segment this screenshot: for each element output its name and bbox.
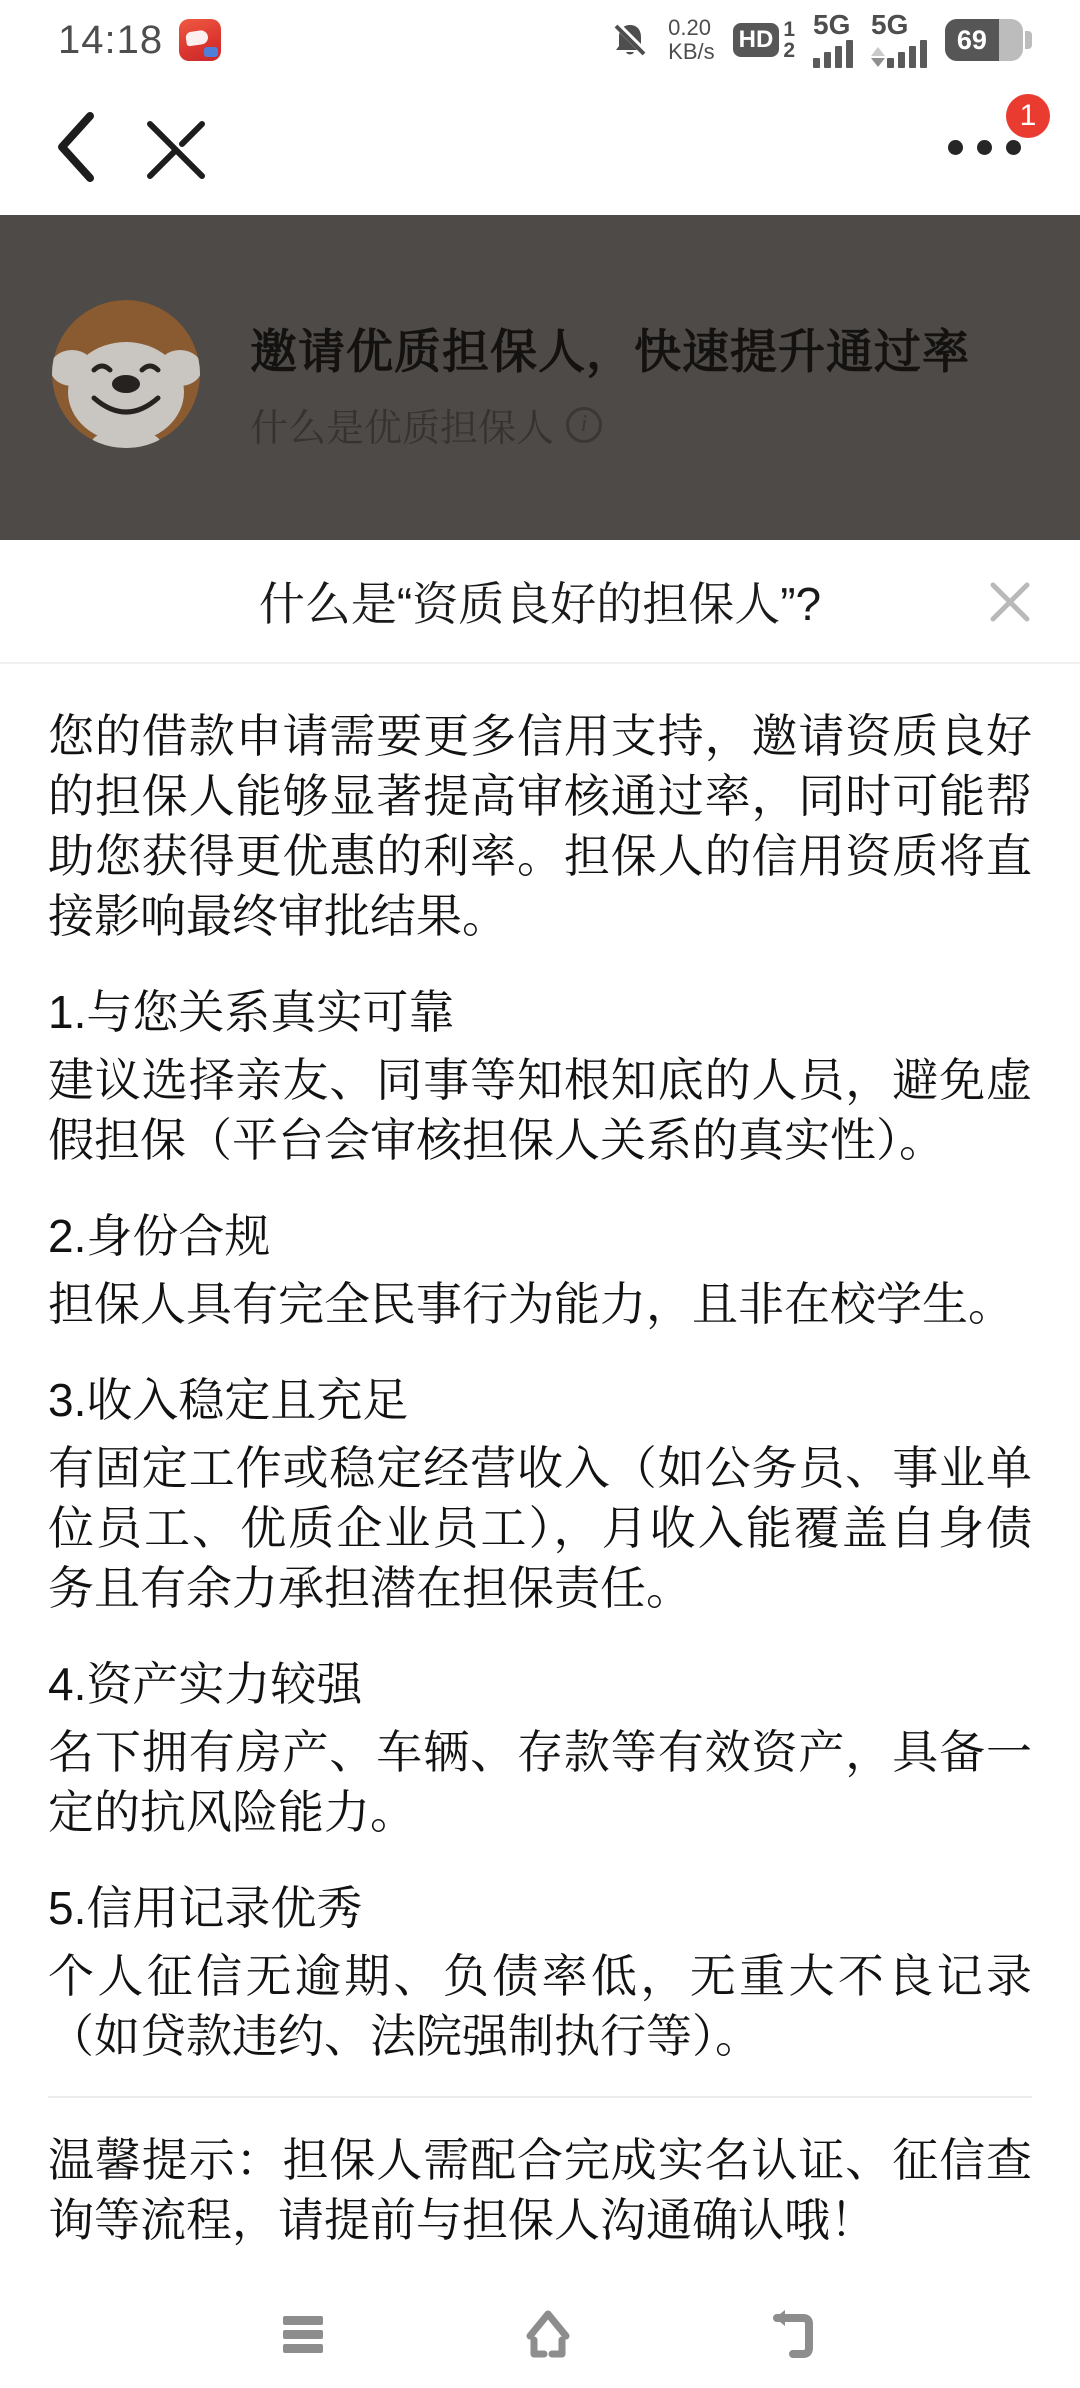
sim2-label: 2 [783, 40, 795, 61]
intro-paragraph: 您的借款申请需要更多信用支持，邀请资质良好的担保人能够显著提高审核通过率，同时可… [48, 706, 1032, 946]
sim1-label: 1 [783, 19, 795, 40]
battery-icon: 69 [945, 19, 1032, 61]
section-4: 4.资产实力较强 名下拥有房产、车辆、存款等有效资产，具备一定的抗风险能力。 [48, 1654, 1032, 1842]
notification-badge: 1 [1006, 94, 1050, 138]
tip-paragraph: 温馨提示：担保人需配合完成实名认证、征信查询等流程，请提前与担保人沟通确认哦！ [48, 2130, 1032, 2250]
android-nav-bar [0, 2280, 1080, 2388]
section-2: 2.身份合规 担保人具有完全民事行为能力，且非在校学生。 [48, 1206, 1032, 1334]
section-body: 建议选择亲友、同事等知根知底的人员，避免虚假担保（平台会审核担保人关系的真实性）… [48, 1050, 1032, 1170]
hd-volte-icon: HD 1 2 [733, 19, 795, 61]
android-back-icon[interactable] [759, 2302, 823, 2366]
section-heading: 1.与您关系真实可靠 [48, 982, 1032, 1042]
modal-body: 您的借款申请需要更多信用支持，邀请资质良好的担保人能够显著提高审核通过率，同时可… [0, 664, 1080, 2250]
close-icon[interactable] [142, 116, 210, 184]
signal-sim2-icon: 5G [871, 12, 927, 68]
info-icon[interactable]: i [566, 407, 602, 443]
section-heading: 2.身份合规 [48, 1206, 1032, 1266]
modal-close-icon[interactable] [986, 578, 1034, 626]
signal-sim1-icon: 5G [813, 12, 853, 68]
network-speed: 0.20 KB/s [668, 16, 714, 64]
mute-bell-icon [610, 20, 650, 60]
section-heading: 5.信用记录优秀 [48, 1878, 1032, 1938]
section-body: 名下拥有房产、车辆、存款等有效资产，具备一定的抗风险能力。 [48, 1722, 1032, 1842]
clock: 14:18 [58, 18, 163, 63]
recents-menu-icon[interactable] [271, 2302, 335, 2366]
section-heading: 4.资产实力较强 [48, 1654, 1032, 1714]
tip-divider [48, 2096, 1032, 2098]
dimmed-page-header: 邀请优质担保人，快速提升通过率 什么是优质担保人 i [0, 215, 1080, 540]
status-bar: 14:18 0.20 KB/s HD 1 2 5G [0, 0, 1080, 80]
more-menu-icon[interactable] [948, 132, 1028, 162]
section-heading: 3.收入稳定且充足 [48, 1370, 1032, 1430]
home-icon[interactable] [516, 2302, 580, 2366]
guarantor-info-modal: 什么是“资质良好的担保人”? 您的借款申请需要更多信用支持，邀请资质良好的担保人… [0, 540, 1080, 2388]
section-3: 3.收入稳定且充足 有固定工作或稳定经营收入（如公务员、事业单位员工、优质企业员… [48, 1370, 1032, 1618]
section-1: 1.与您关系真实可靠 建议选择亲友、同事等知根知底的人员，避免虚假担保（平台会审… [48, 982, 1032, 1170]
top-nav-bar: 1 [0, 80, 1080, 215]
section-body: 担保人具有完全民事行为能力，且非在校学生。 [48, 1274, 1032, 1334]
modal-title: 什么是“资质良好的担保人”? [259, 568, 821, 634]
notification-app-icon [179, 19, 221, 61]
modal-header: 什么是“资质良好的担保人”? [0, 540, 1080, 664]
section-body: 个人征信无逾期、负债率低，无重大不良记录（如贷款违约、法院强制执行等）。 [48, 1946, 1032, 2066]
section-5: 5.信用记录优秀 个人征信无逾期、负债率低，无重大不良记录（如贷款违约、法院强制… [48, 1878, 1032, 2066]
back-icon[interactable] [52, 108, 100, 186]
mascot-avatar [52, 300, 200, 448]
page-subtitle[interactable]: 什么是优质担保人 i [250, 397, 602, 452]
section-body: 有固定工作或稳定经营收入（如公务员、事业单位员工、优质企业员工），月收入能覆盖自… [48, 1438, 1032, 1618]
page-title: 邀请优质担保人，快速提升通过率 [250, 315, 1050, 382]
